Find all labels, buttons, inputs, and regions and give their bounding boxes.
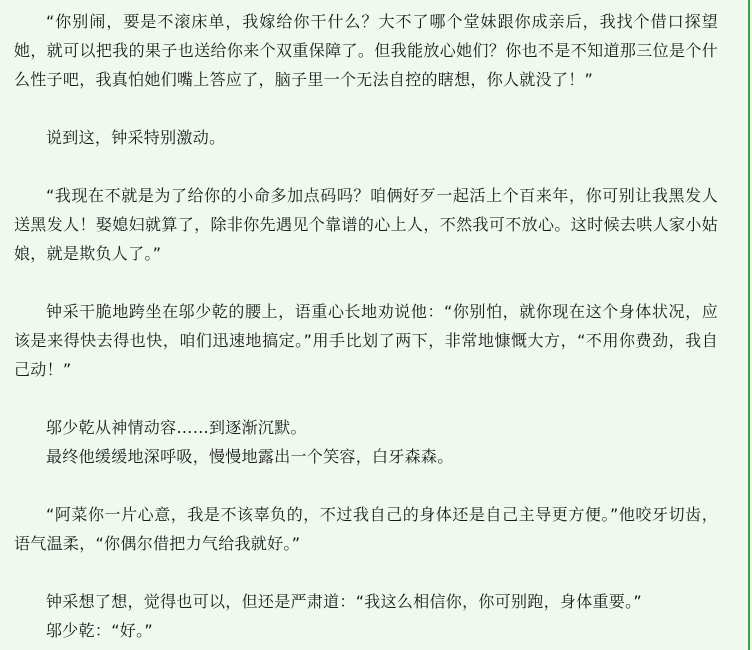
paragraph-spacer xyxy=(14,268,718,297)
paragraph: “我现在不就是为了给你的小命多加点码吗？咱俩好歹一起活上个百来年，你可别让我黑发… xyxy=(14,181,718,268)
article-body: “你别闹，要是不滚床单，我嫁给你干什么？大不了哪个堂妹跟你成亲后，我找个借口探望… xyxy=(14,7,718,645)
paragraph-spacer xyxy=(14,94,718,123)
paragraph: 钟采干脆地跨坐在邬少乾的腰上，语重心长地劝说他：“你别怕，就你现在这个身体状况，… xyxy=(14,297,718,384)
paragraph-spacer xyxy=(14,152,718,181)
paragraph: 说到这，钟采特别激动。 xyxy=(14,123,718,152)
paragraph: 最终他缓缓地深呼吸，慢慢地露出一个笑容，白牙森森。 xyxy=(14,442,718,471)
paragraph-spacer xyxy=(14,384,718,413)
paragraph: 邬少乾：“好。” xyxy=(14,616,718,645)
paragraph-spacer xyxy=(14,471,718,500)
paragraph-spacer xyxy=(14,558,718,587)
paragraph: “阿菜你一片心意，我是不该辜负的，不过我自己的身体还是自己主导更方便。”他咬牙切… xyxy=(14,500,718,558)
reading-page: “你别闹，要是不滚床单，我嫁给你干什么？大不了哪个堂妹跟你成亲后，我找个借口探望… xyxy=(0,0,750,650)
paragraph: 钟采想了想，觉得也可以，但还是严肃道：“我这么相信你，你可别跑，身体重要。” xyxy=(14,587,718,616)
paragraph: “你别闹，要是不滚床单，我嫁给你干什么？大不了哪个堂妹跟你成亲后，我找个借口探望… xyxy=(14,7,718,94)
paragraph: 邬少乾从神情动容……到逐渐沉默。 xyxy=(14,413,718,442)
